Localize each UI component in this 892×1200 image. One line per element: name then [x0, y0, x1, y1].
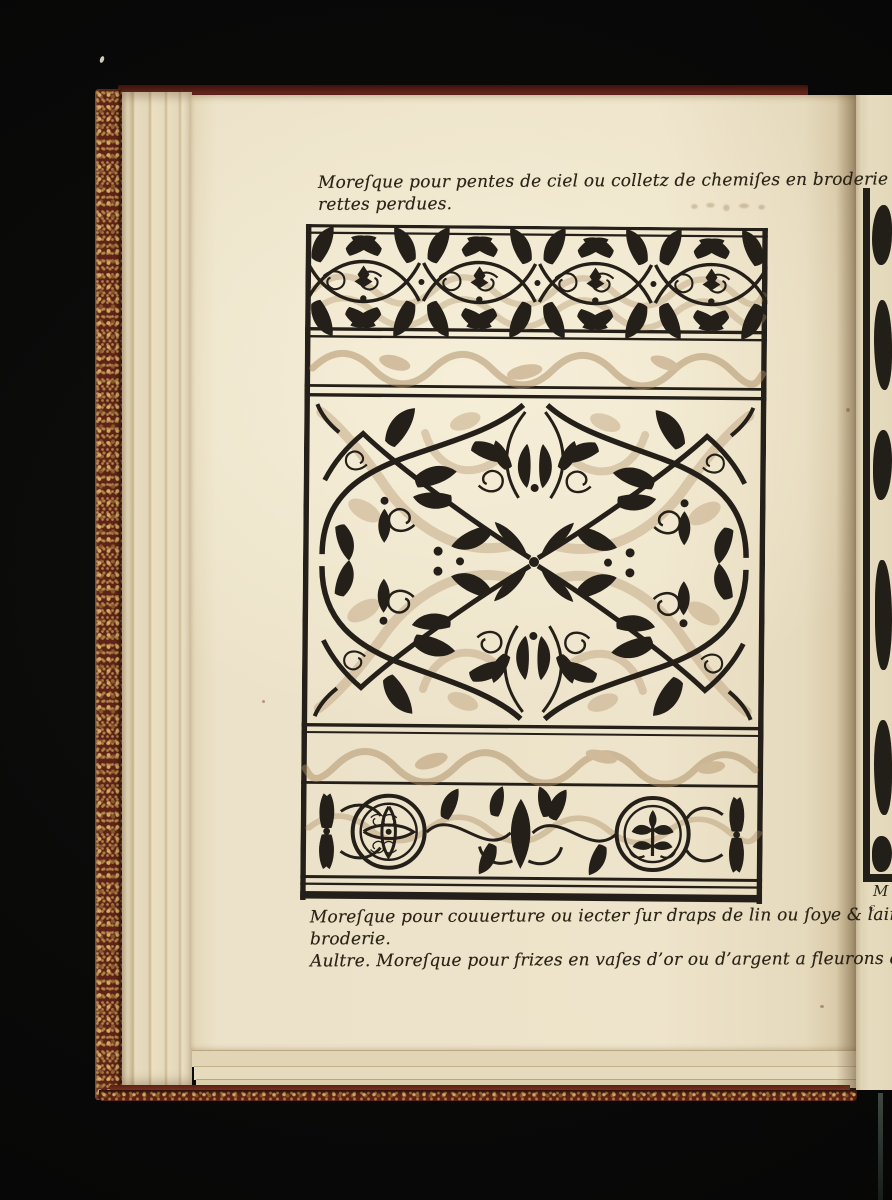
moresque-woodcut-block — [300, 224, 768, 904]
central-moresque-panel — [315, 403, 754, 721]
facing-page-border-corner — [863, 874, 892, 882]
gilt-bottom-edge — [99, 1090, 857, 1101]
fox-spot — [820, 1005, 824, 1008]
rosette-medallion-band — [305, 784, 759, 878]
gauffered-gilt-fore-edge — [95, 89, 122, 1100]
facing-page-text-fragment: M — [873, 884, 888, 898]
woodcut-svg — [300, 224, 768, 904]
rosette-medallion-right — [616, 798, 689, 871]
show-through-band-lower — [305, 744, 755, 785]
page-stack-edges — [122, 92, 192, 1089]
under-page-edge — [192, 1050, 856, 1067]
bottom-caption-line-3: Aultre. Moreſque pour frizes en vaſes d’… — [310, 948, 892, 973]
photograph-of-open-book: { "artifact": { "description": "Open boo… — [0, 0, 892, 1200]
bottom-caption-line-2: broderie. — [310, 926, 892, 951]
top-caption-line-1: Moreſque pour pentes de ciel ou colletz … — [318, 168, 892, 194]
top-arabesque-border-band — [302, 225, 768, 341]
facing-page-border-rule — [863, 188, 870, 882]
bottom-caption-line-1: Moreſque pour couuerture ou iecter ſur d… — [310, 904, 892, 929]
top-caption-line-2: rettes perdues. — [318, 190, 892, 216]
facing-page-ornament-fragment — [874, 300, 892, 390]
fox-spot — [262, 700, 265, 703]
under-page-edge — [194, 1066, 856, 1080]
book-cradle-edge — [878, 1093, 883, 1200]
show-through-band-upper — [313, 349, 763, 387]
fox-spot — [846, 408, 850, 412]
top-caption: Moreſque pour pentes de ciel ou colletz … — [318, 168, 892, 216]
central-cross-motif — [455, 483, 612, 640]
bottom-caption: Moreſque pour couuerture ou iecter ſur d… — [310, 904, 892, 973]
dust-speck — [99, 56, 105, 64]
facing-page-ornament-fragment — [874, 720, 892, 815]
